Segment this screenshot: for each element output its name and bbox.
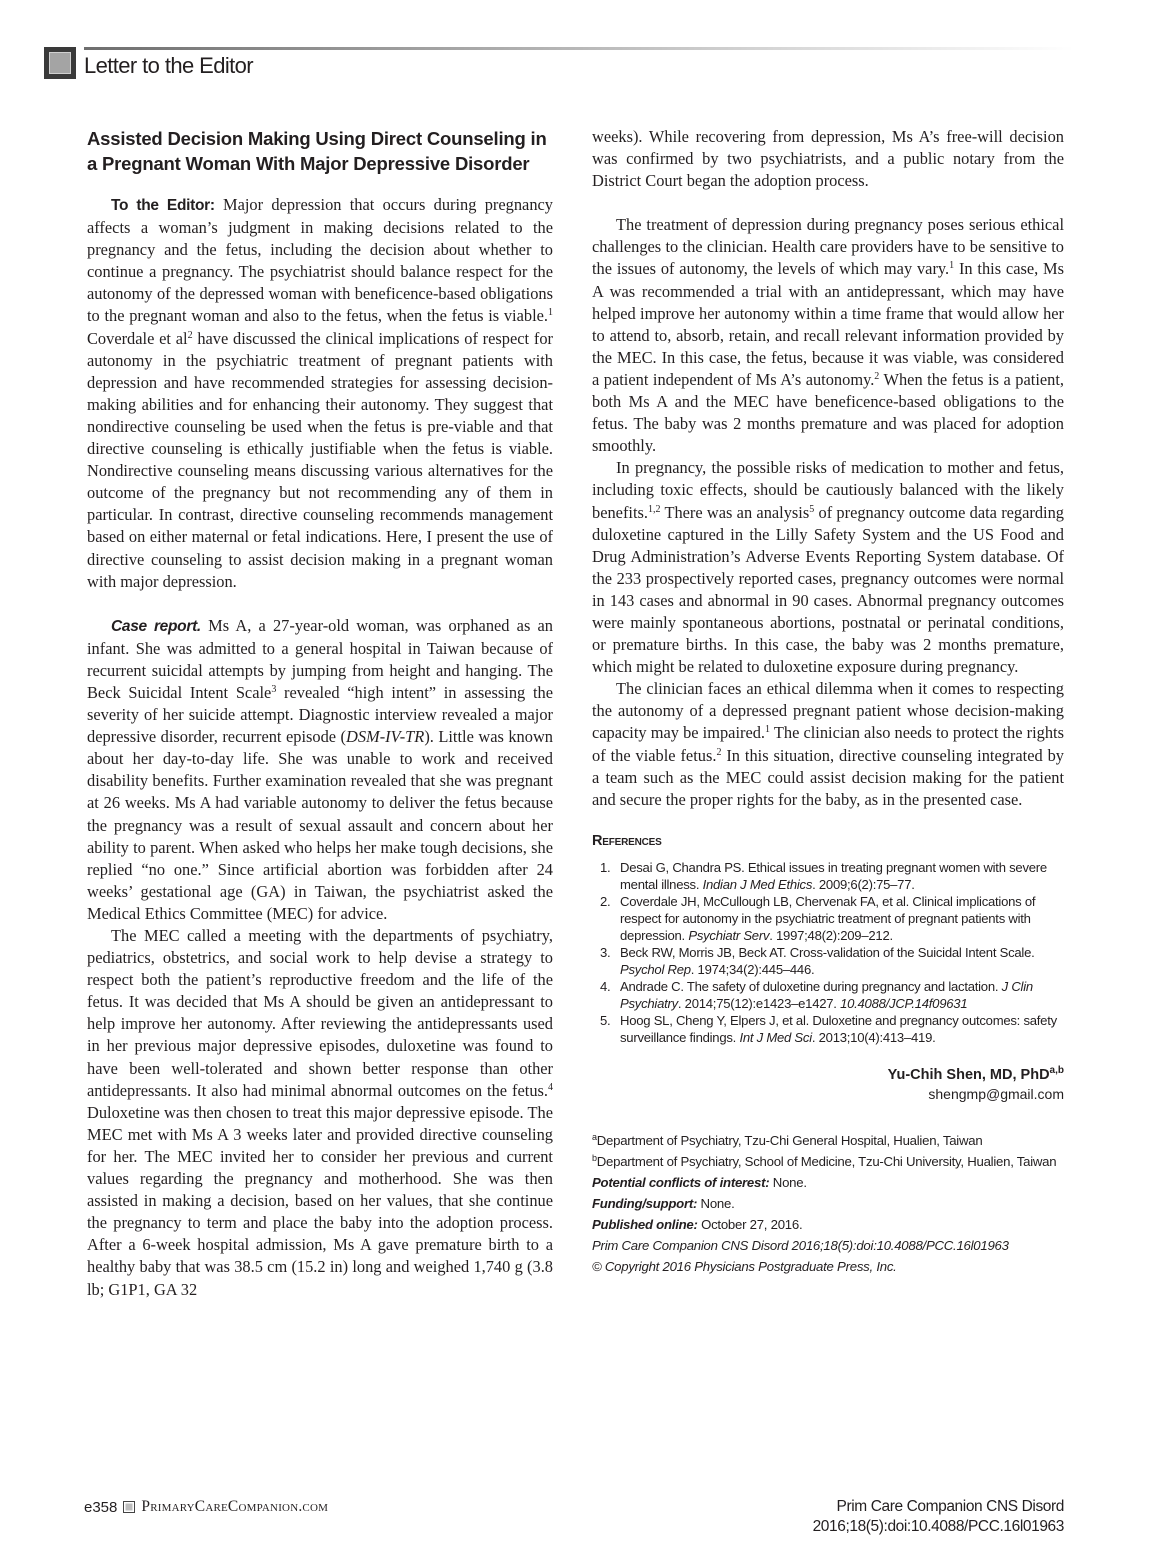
intro-lead: To the Editor: bbox=[111, 197, 215, 214]
published-online: Published online: October 27, 2016. bbox=[592, 1216, 1064, 1234]
author-block: Yu-Chih Shen, MD, PhDa,b shengmp@gmail.c… bbox=[592, 1066, 1064, 1104]
right-column: weeks). While recovering from depression… bbox=[592, 126, 1064, 1279]
reference-item: 3.Beck RW, Morris JB, Beck AT. Cross-val… bbox=[592, 944, 1064, 978]
reference-item: 2.Coverdale JH, McCullough LB, Chervenak… bbox=[592, 893, 1064, 944]
case-report-lead: Case report. bbox=[111, 618, 201, 635]
header-rule bbox=[84, 47, 1074, 50]
square-bullet-icon bbox=[123, 1501, 135, 1513]
reference-item: 1.Desai G, Chandra PS. Ethical issues in… bbox=[592, 859, 1064, 893]
reference-item: 4.Andrade C. The safety of duloxetine du… bbox=[592, 978, 1064, 1012]
citation-ref[interactable]: 1 bbox=[548, 307, 553, 318]
footer-left: e358 PrimaryCareCompanion.com bbox=[84, 1498, 328, 1516]
intro-paragraph: To the Editor: Major depression that occ… bbox=[87, 194, 553, 593]
page-number: e358 bbox=[84, 1499, 117, 1516]
citation-line: Prim Care Companion CNS Disord 2016;18(5… bbox=[592, 1237, 1064, 1255]
citation-ref[interactable]: 4 bbox=[548, 1082, 553, 1093]
mec-paragraph: The MEC called a meeting with the depart… bbox=[87, 925, 553, 1301]
continuation-paragraph: weeks). While recovering from depression… bbox=[592, 126, 1064, 192]
treatment-paragraph: The treatment of depression during pregn… bbox=[592, 214, 1064, 457]
affiliation-b: bDepartment of Psychiatry, School of Med… bbox=[592, 1153, 1064, 1171]
article-title: Assisted Decision Making Using Direct Co… bbox=[87, 126, 553, 176]
citation-ref[interactable]: 1,2 bbox=[648, 504, 661, 515]
references-heading: References bbox=[592, 833, 1064, 849]
website-link[interactable]: PrimaryCareCompanion.com bbox=[141, 1498, 328, 1516]
references-list: 1.Desai G, Chandra PS. Ethical issues in… bbox=[592, 859, 1064, 1046]
footer-journal-citation: Prim Care Companion CNS Disord 2016;18(5… bbox=[813, 1497, 1064, 1537]
author-name: Yu-Chih Shen, MD, PhDa,b bbox=[592, 1066, 1064, 1085]
doi-link[interactable]: 10.4088/JCP.14f09631 bbox=[840, 996, 967, 1011]
conflicts-of-interest: Potential conflicts of interest: None. bbox=[592, 1174, 1064, 1192]
funding-support: Funding/support: None. bbox=[592, 1195, 1064, 1213]
dsm-term: DSM-IV-TR bbox=[346, 727, 424, 746]
case-report-paragraph: Case report. Ms A, a 27-year-old woman, … bbox=[87, 615, 553, 925]
dilemma-paragraph: The clinician faces an ethical dilemma w… bbox=[592, 678, 1064, 811]
author-email[interactable]: shengmp@gmail.com bbox=[592, 1085, 1064, 1104]
reference-item: 5.Hoog SL, Cheng Y, Elpers J, et al. Dul… bbox=[592, 1012, 1064, 1046]
risk-paragraph: In pregnancy, the possible risks of medi… bbox=[592, 457, 1064, 678]
copyright-line: © Copyright 2016 Physicians Postgraduate… bbox=[592, 1258, 1064, 1276]
affiliations-block: aDepartment of Psychiatry, Tzu-Chi Gener… bbox=[592, 1132, 1064, 1276]
section-title: Letter to the Editor bbox=[84, 53, 253, 79]
affiliation-a: aDepartment of Psychiatry, Tzu-Chi Gener… bbox=[592, 1132, 1064, 1150]
section-marker-icon bbox=[44, 47, 76, 79]
left-column: Assisted Decision Making Using Direct Co… bbox=[87, 126, 553, 1301]
